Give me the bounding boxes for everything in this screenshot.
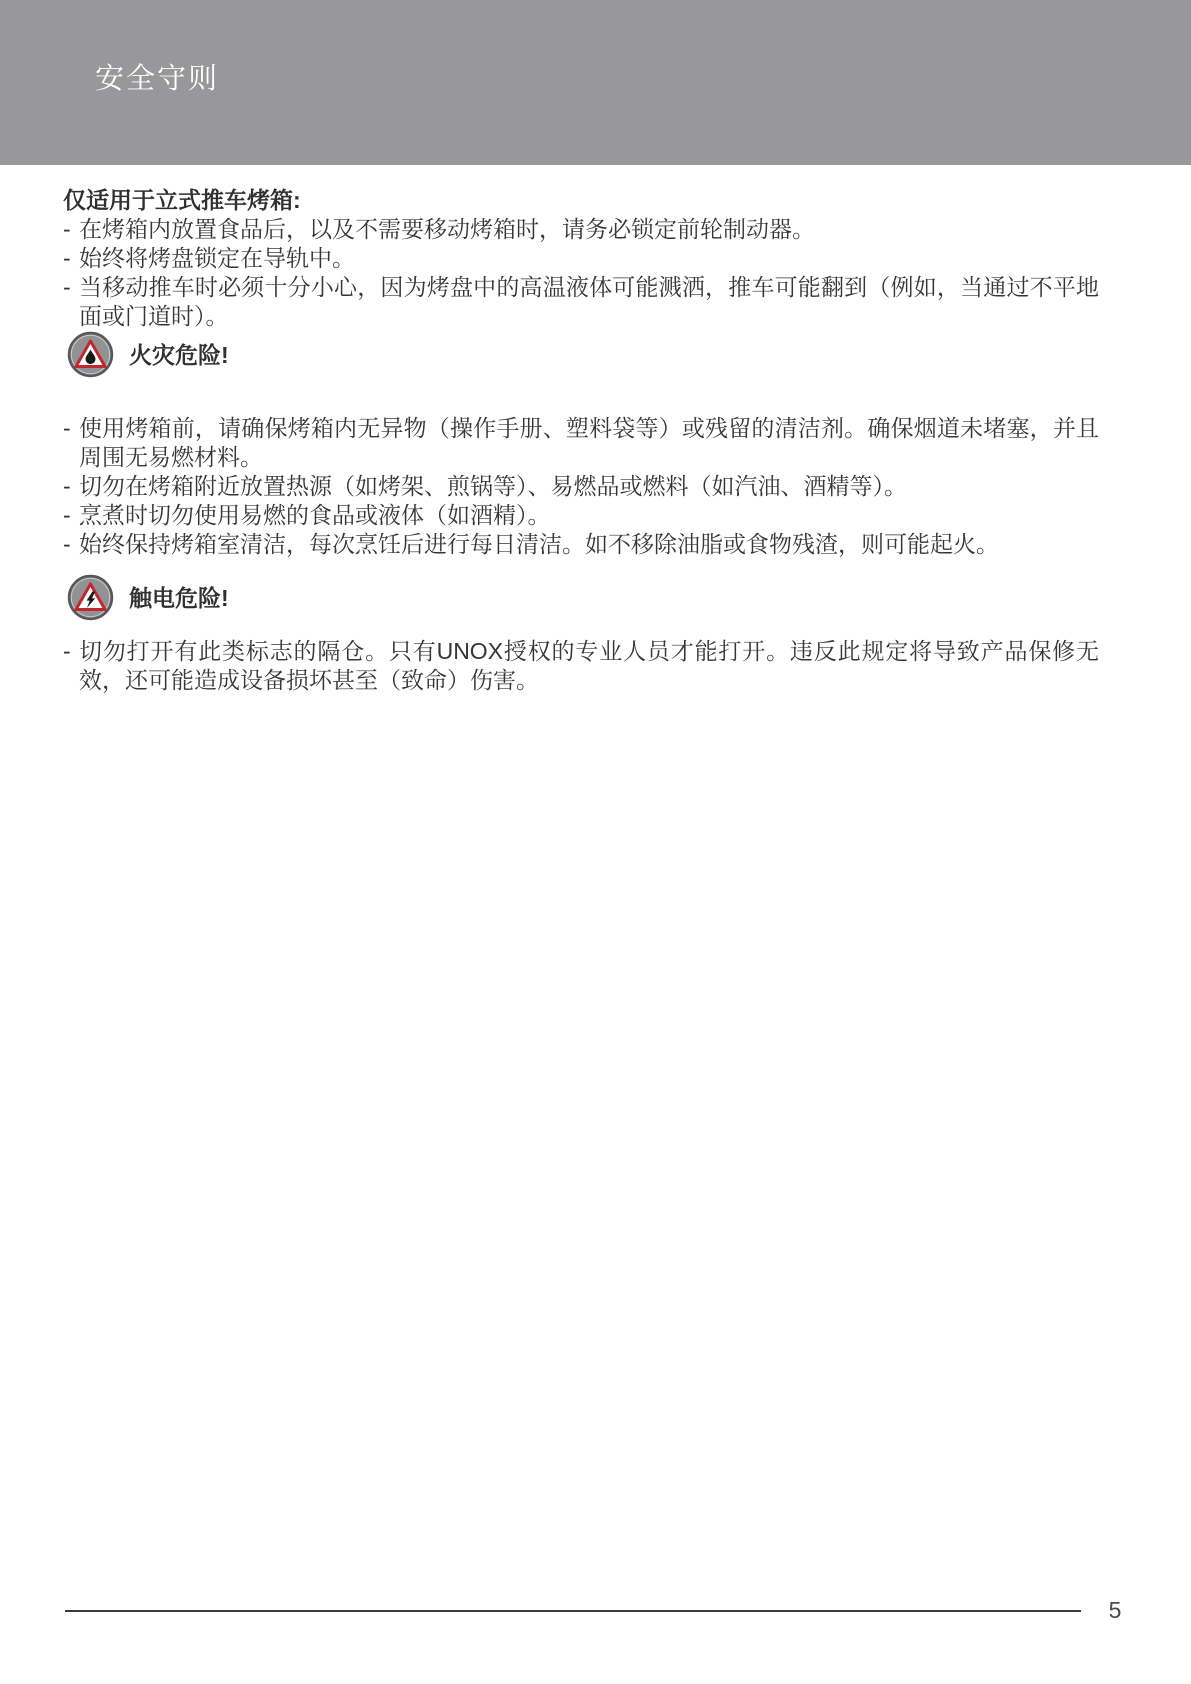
bullet-marker: -	[63, 244, 79, 273]
bullet-text: 切勿打开有此类标志的隔仓。只有UNOX授权的专业人员才能打开。违反此规定将导致产…	[79, 637, 1099, 695]
list-item: - 使用烤箱前，请确保烤箱内无异物（操作手册、塑料袋等）或残留的清洁剂。确保烟道…	[63, 414, 1099, 472]
electric-shock-section: - 切勿打开有此类标志的隔仓。只有UNOX授权的专业人员才能打开。违反此规定将导…	[63, 637, 1099, 695]
list-item: - 烹煮时切勿使用易燃的食品或液体（如酒精）。	[63, 501, 1099, 530]
manual-page: 安全守则 仅适用于立式推车烤箱: - 在烤箱内放置食品后，以及不需要移动烤箱时，…	[0, 0, 1191, 1684]
page-title: 安全守则	[95, 63, 219, 96]
fire-hazard-icon	[67, 331, 114, 378]
bullet-text: 使用烤箱前，请确保烤箱内无异物（操作手册、塑料袋等）或残留的清洁剂。确保烟道未堵…	[79, 414, 1099, 472]
fire-hazard-header: 火灾危险!	[67, 331, 229, 378]
list-item: - 切勿打开有此类标志的隔仓。只有UNOX授权的专业人员才能打开。违反此规定将导…	[63, 637, 1099, 695]
bullet-text: 当移动推车时必须十分小心，因为烤盘中的高温液体可能溅洒，推车可能翻到（例如，当通…	[79, 273, 1099, 331]
list-item: - 始终保持烤箱室清洁，每次烹饪后进行每日清洁。如不移除油脂或食物残渣，则可能起…	[63, 530, 1099, 559]
electric-shock-label: 触电危险!	[129, 580, 229, 615]
bullet-marker: -	[63, 215, 79, 244]
fire-hazard-label: 火灾危险!	[129, 337, 229, 372]
bullet-marker: -	[63, 501, 79, 530]
list-item: - 当移动推车时必须十分小心，因为烤盘中的高温液体可能溅洒，推车可能翻到（例如，…	[63, 273, 1099, 331]
electric-shock-icon	[67, 574, 114, 621]
bullet-text: 始终将烤盘锁定在导轨中。	[79, 244, 1099, 273]
bullet-text: 始终保持烤箱室清洁，每次烹饪后进行每日清洁。如不移除油脂或食物残渣，则可能起火。	[79, 530, 1099, 559]
bullet-marker: -	[63, 637, 79, 695]
bullet-marker: -	[63, 414, 79, 472]
list-item: - 始终将烤盘锁定在导轨中。	[63, 244, 1099, 273]
bullet-marker: -	[63, 530, 79, 559]
bullet-text: 切勿在烤箱附近放置热源（如烤架、煎锅等）、易燃品或燃料（如汽油、酒精等）。	[79, 472, 1099, 501]
list-item: - 切勿在烤箱附近放置热源（如烤架、煎锅等）、易燃品或燃料（如汽油、酒精等）。	[63, 472, 1099, 501]
header-banner: 安全守则	[0, 0, 1191, 165]
section-heading: 仅适用于立式推车烤箱:	[63, 186, 1099, 215]
footer-rule	[65, 1610, 1081, 1612]
list-item: - 在烤箱内放置食品后，以及不需要移动烤箱时，请务必锁定前轮制动器。	[63, 215, 1099, 244]
electric-shock-header: 触电危险!	[67, 574, 229, 621]
bullet-marker: -	[63, 273, 79, 331]
page-number: 5	[1098, 1597, 1132, 1624]
cart-oven-section: 仅适用于立式推车烤箱: - 在烤箱内放置食品后，以及不需要移动烤箱时，请务必锁定…	[63, 186, 1099, 331]
bullet-text: 在烤箱内放置食品后，以及不需要移动烤箱时，请务必锁定前轮制动器。	[79, 215, 1099, 244]
fire-hazard-section: - 使用烤箱前，请确保烤箱内无异物（操作手册、塑料袋等）或残留的清洁剂。确保烟道…	[63, 414, 1099, 559]
bullet-text: 烹煮时切勿使用易燃的食品或液体（如酒精）。	[79, 501, 1099, 530]
bullet-marker: -	[63, 472, 79, 501]
